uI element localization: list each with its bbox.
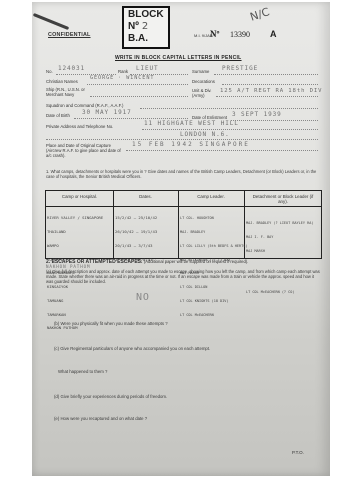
form-number: 13390: [230, 30, 250, 39]
decorations-label: Decorations: [192, 79, 215, 84]
number-symbol: Nº: [210, 29, 219, 39]
table-col-camp-leader: LT COL. HOUGHTON MAJ. BRADLEY LT COL LIL…: [180, 207, 247, 326]
pto-label: P.T.O.: [292, 450, 304, 455]
question-c-followup: What happened to them ?: [58, 369, 107, 374]
col-header-dates: Dates.: [113, 194, 178, 199]
col-header-camp: Camp or Hospital.: [46, 194, 113, 199]
question-b: (b) Were you physically fit when you mad…: [54, 321, 168, 326]
rank-value: LIEUT: [136, 65, 159, 72]
question-a: (a) Give full description and approx. da…: [46, 269, 322, 284]
instruction-heading: WRITE IN BLOCK CAPITAL LETTERS IN PENCIL: [115, 55, 242, 61]
address-line2: LONDON N.6.: [180, 131, 230, 138]
question-d: (d) Give briefly your experiences during…: [54, 394, 167, 399]
christian-names-label: Christian Names: [46, 79, 78, 84]
dob-value: 30 MAY 1917: [82, 109, 132, 116]
section2-note: (Additional paper will be supplied on re…: [144, 259, 249, 264]
question-c: (c) Give Regimental particulars of anyon…: [54, 346, 210, 351]
question-e: (e) How were you recaptured and on what …: [54, 416, 147, 421]
col-header-block-leader: Detachment or Block Leader (if any).: [248, 194, 318, 204]
camps-table: Camp or Hospital. Dates. Camp Leader. De…: [45, 190, 322, 259]
squadron-label: Squadron and Command (R.A.F., A.A.F.): [46, 103, 123, 108]
scan-artifact: [33, 13, 69, 30]
table-col-block-leader: MAJ. BRADLEY (? LIEUT BAYLEY RA) MAJ I. …: [246, 212, 313, 304]
address-line1: 11 HIGHGATE WEST HILL: [144, 120, 239, 127]
capture-value: 15 FEB 1942 SINGAPORE: [132, 141, 250, 148]
unit-value: 125 A/T REGT RA 18th DIV: [220, 88, 322, 94]
handwritten-answer-no: NO: [136, 292, 150, 303]
surname-label: Surname: [192, 69, 209, 74]
dob-label: Date of Birth: [46, 113, 70, 118]
christian-names-value: GEORGE · WINCENT: [90, 75, 154, 81]
block-stamp-line3: B.A.: [128, 33, 164, 45]
enlistment-value: 3 SEPT 1939: [232, 111, 282, 118]
service-number-value: 124031: [58, 65, 85, 72]
handwritten-annotation: N/C: [248, 5, 271, 23]
block-stamp-line1: BLOCK: [128, 9, 164, 21]
capture-label: Place and Date of Original Capture (Airc…: [46, 143, 126, 158]
col-header-camp-leader: Camp Leader.: [178, 194, 244, 199]
ship-label: Ship (R.N., U.S.N. or Merchant Navy: [46, 87, 90, 97]
section1-text: What camps, detachments or hospitals wer…: [46, 169, 316, 179]
block-stamp-no: Nº: [128, 21, 139, 32]
block-number-handwritten: 2: [142, 21, 148, 32]
surname-value: PRESTIGE: [222, 65, 258, 72]
series-letter: A: [270, 29, 277, 39]
rank-label: Rank: [118, 69, 128, 74]
no-label: No.: [46, 69, 53, 74]
address-label: Private Address and Telephone No.: [46, 124, 113, 129]
document-page: CONFIDENTIAL BLOCK Nº2 B.A. N/C M.I. 9/J…: [32, 2, 330, 476]
classification-label: CONFIDENTIAL: [48, 32, 91, 38]
unit-label: Unit & Div. (Army): [192, 88, 216, 98]
section1-question: 1. What camps, detachments or hospitals …: [46, 169, 322, 179]
block-stamp: BLOCK Nº2 B.A.: [122, 6, 170, 49]
